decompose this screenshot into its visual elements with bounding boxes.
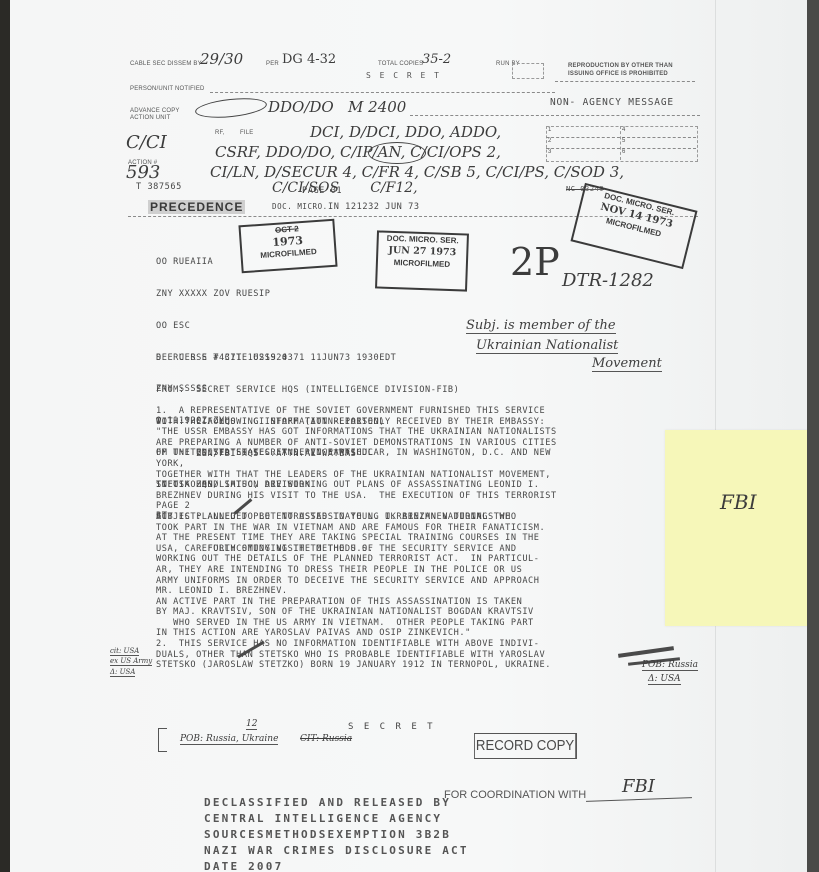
margin-note-residence-right: Δ: USA xyxy=(648,674,681,685)
page-marker-handwritten: 2P xyxy=(510,240,560,284)
action-number: 593 xyxy=(126,162,160,183)
body-line: TOGETHER WITH THAT THE LEADERS OF THE UK… xyxy=(156,470,557,481)
person-unit-notified-label: PERSON/UNIT NOTIFIED xyxy=(130,86,205,92)
body-line: MR. LEONID I. BREZHNEV. xyxy=(156,586,557,597)
body-line: ARE PREPARING A NUMBER OF ANTI-SOVIET DE… xyxy=(156,438,557,449)
declass-line: NAZI WAR CRIMES DISCLOSURE ACT xyxy=(204,843,469,859)
body-line: DUALS, OTHER THAN STETSKO WHO IS PROBABL… xyxy=(156,650,557,661)
from-line: FROM: SECRET SERVICE HQS (INTELLIGENCE D… xyxy=(156,385,511,396)
cite-line: S E C R E T CITE USSS 4371 11JUN73 1930E… xyxy=(156,353,511,364)
total-copies-value: 35-2 xyxy=(422,52,451,67)
sticky-note-text: FBI xyxy=(720,490,756,514)
t-number: T 387565 xyxy=(136,182,182,193)
body-line: WHO SERVED IN THE US ARMY IN VIETNAM. OT… xyxy=(156,618,557,629)
cable-sec-value: 29/30 xyxy=(200,50,243,68)
margin-note-citizenship: cit: USA xyxy=(110,647,139,656)
body-line: STETSKO (JAROSLAW STETZKO) BORN 19 JANUA… xyxy=(156,660,557,671)
box-number-1: 1 xyxy=(548,127,552,133)
box-rule-2 xyxy=(546,148,696,149)
advance-copy-label: ADVANCE COPY xyxy=(130,108,180,114)
box-number-2: 2 xyxy=(548,138,552,144)
distribution-line-3: CI/LN, D/SECUR 4, C/FR 4, C/SB 5, C/CI/P… xyxy=(210,163,624,181)
coordination-line xyxy=(586,797,692,802)
body-line: AT THE PRESENT TIME THEY ARE TAKING SPEC… xyxy=(156,533,557,544)
file-label: FILE xyxy=(240,130,253,136)
ink-mark xyxy=(618,646,674,658)
reproduction-notice-1: REPRODUCTION BY OTHER THAN xyxy=(568,63,673,69)
coordination-value: FBI xyxy=(622,776,655,797)
initials-scribble xyxy=(194,95,267,120)
advance-rule xyxy=(410,115,700,116)
notified-rule xyxy=(210,92,555,93)
body-line: AR, THEY ARE INTENDING TO DRESS THEIR PE… xyxy=(156,565,557,576)
run-by-box xyxy=(512,63,544,79)
body-line: AN ACTIVE PART IN THE PREPARATION OF THI… xyxy=(156,597,557,608)
box-number-6: 6 xyxy=(622,149,626,155)
scan-left-edge xyxy=(0,0,10,872)
page-number: PAGE 01 xyxy=(302,186,342,197)
action-unit-label: ACTION UNIT xyxy=(130,115,171,121)
document-page: CABLE SEC DISSEM BY 29/30 PER DG 4-32 TO… xyxy=(10,0,807,872)
body-line: 1. A REPRESENTATIVE OF THE SOVIET GOVERN… xyxy=(156,406,557,417)
declass-line: DECLASSIFIED AND RELEASED BY xyxy=(204,795,469,811)
bracket-mark xyxy=(158,728,167,752)
body-line: YORK, xyxy=(156,459,557,470)
microfilmed-stamp-3: DOC. MICRO. SER. NOV 14 1973 MICROFILMED xyxy=(570,183,697,269)
box-rule-1 xyxy=(546,137,696,138)
classification-bottom: S E C R E T xyxy=(348,722,435,732)
bottom-number: 12 xyxy=(246,719,257,730)
declass-line: CENTRAL INTELLIGENCE AGENCY xyxy=(204,811,469,827)
body-line: PAGE 2 xyxy=(156,501,557,512)
advance-copy-handwritten: DDO/DO M 2400 xyxy=(268,98,406,116)
message-type: NON- AGENCY MESSAGE xyxy=(550,97,674,108)
body-line: 2. THIS SERVICE HAS NO INFORMATION IDENT… xyxy=(156,639,557,650)
box-number-5: 5 xyxy=(622,138,626,144)
bottom-cit-note: CIT: Russia xyxy=(300,734,352,744)
per-value: DG 4-32 xyxy=(282,52,336,67)
body-line: BY MAJ. KRAVTSIV, SON OF THE UKRAINIAN N… xyxy=(156,607,557,618)
body-line: ACT IS PLANNED TO BE ENTRUSTED TO YOUNG … xyxy=(156,512,557,523)
action-unit-handwritten: C/CI xyxy=(126,132,167,153)
scan-right-edge xyxy=(807,0,819,872)
distribution-line-4: C/CI/SOS C/F12, xyxy=(272,180,418,196)
cable-sec-label: CABLE SEC DISSEM BY xyxy=(130,61,202,67)
routing-line: OO ESC xyxy=(156,321,374,332)
body-line: OF THE UNITED STATES, AND, IN PARTICULAR… xyxy=(156,448,557,459)
margin-note-residence: Δ: USA xyxy=(110,668,135,677)
margin-note-army: ex US Army xyxy=(110,657,152,666)
body-line: WITH THE FOLLOWING INFORMATION REPORTEDL… xyxy=(156,417,557,428)
box-number-3: 3 xyxy=(548,149,552,155)
bottom-pob-note: POB: Russia, Ukraine xyxy=(180,734,278,745)
distribution-line-2: CSRF, DDO/DO, C/IP/AN, C/CI/OPS 2, xyxy=(215,143,501,161)
body-line: "THE USSR EMBASSY HAS GOT INFORMATIONS T… xyxy=(156,427,557,438)
body-line: USA, CAREFULLY STUDYING THE METHODS OF T… xyxy=(156,544,557,555)
body-line: TOOK PART IN THE WAR IN VIETNAM AND ARE … xyxy=(156,523,557,534)
classification-top: S E C R E T xyxy=(366,71,441,80)
coordination-label: FOR COORDINATION WITH xyxy=(444,789,586,801)
precedence-stamp: PRECEDENCE xyxy=(148,200,245,214)
message-body: 1. A REPRESENTATIVE OF THE SOVIET GOVERN… xyxy=(156,406,557,671)
sticky-note: FBI xyxy=(665,430,810,626)
margin-note-pob: POB: Russia xyxy=(642,660,698,671)
body-line: IN THIS ACTION ARE YAROSLAV PAIVAS AND O… xyxy=(156,628,557,639)
total-copies-label: TOTAL COPIES xyxy=(378,61,423,67)
routing-ref: IN 121232 JUN 73 xyxy=(328,202,420,213)
routing-line: ZNY XXXXX ZOV RUESIP xyxy=(156,289,374,300)
notice-rule xyxy=(555,81,695,82)
distribution-line-1: DCI, D/DCI, DDO, ADDO, xyxy=(310,123,501,141)
per-label: PER xyxy=(266,61,279,67)
note-line-3: Movement xyxy=(592,356,662,372)
circled-distribution xyxy=(368,142,426,164)
declassification-stamp: DECLASSIFIED AND RELEASED BY CENTRAL INT… xyxy=(204,795,469,872)
body-line: STETSKO AND SHTUC, ARE WORKING OUT PLANS… xyxy=(156,480,557,491)
routing-line: OO RUEAIIA xyxy=(156,257,374,268)
body-line: WORKING OUT THE DETAILS OF THE PLANNED T… xyxy=(156,554,557,565)
doc-micro-label: DOC. MICRO. xyxy=(272,202,328,213)
microfilmed-stamp-2: DOC. MICRO. SER. JUN 27 1973 MICROFILMED xyxy=(375,230,469,291)
box-divider xyxy=(620,126,621,160)
declass-line: SOURCESMETHODSEXEMPTION 3B2B xyxy=(204,827,469,843)
rf-label: RF, xyxy=(215,130,225,136)
dtr-number: DTR-1282 xyxy=(562,270,654,291)
declass-line: DATE 2007 xyxy=(204,859,469,872)
reproduction-notice-2: ISSUING OFFICE IS PROHIBITED xyxy=(568,71,668,77)
body-line: ARMY UNIFORMS IN ORDER TO DECEIVE THE SE… xyxy=(156,576,557,587)
body-line: BREZHNEV DURING HIS VISIT TO THE USA. TH… xyxy=(156,491,557,502)
record-copy-stamp: RECORD COPY xyxy=(474,733,577,759)
box-number-4: 4 xyxy=(622,127,626,133)
